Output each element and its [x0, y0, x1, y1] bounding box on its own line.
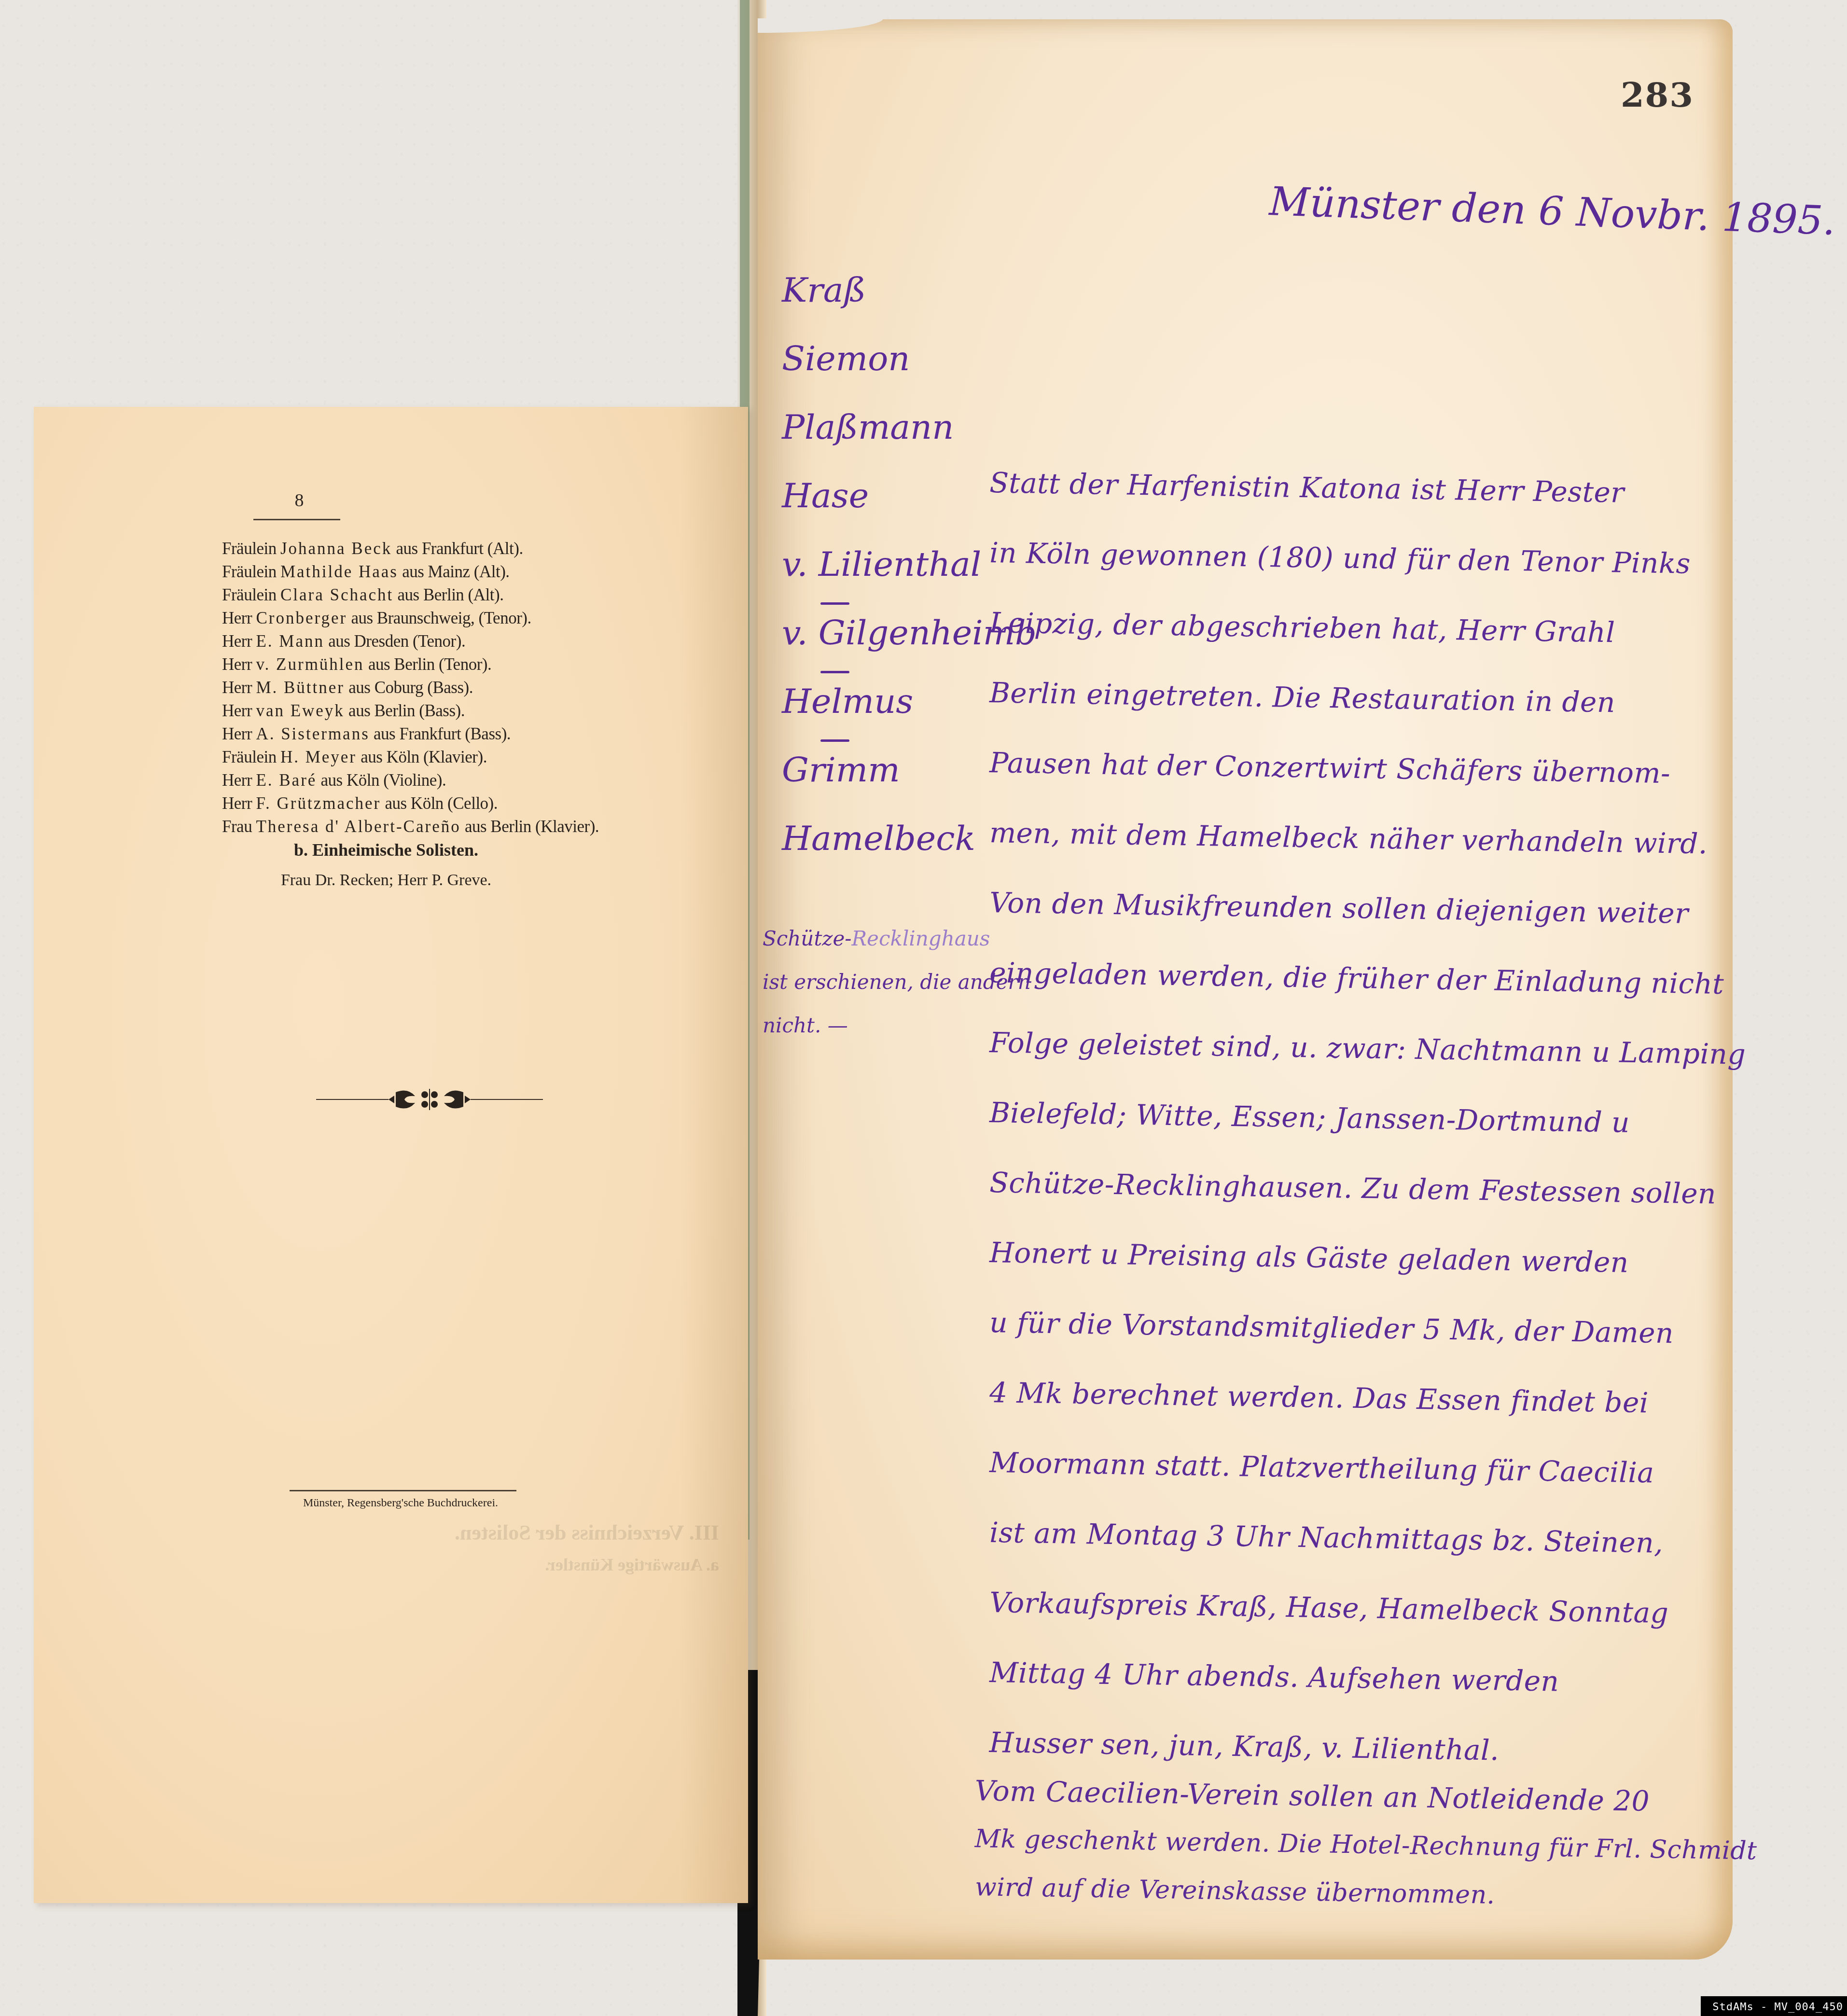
minutes-line: ist am Montag 3 Uhr Nachmittags bz. Stei… — [989, 1503, 1714, 1585]
soloist-entry: Herr E. Baré aus Köln (Violine). — [222, 769, 753, 792]
margin-note-text: Recklinghaus — [851, 927, 990, 950]
attendee: Siemon — [782, 324, 1033, 393]
soloist-entry: Herr A. Sistermans aus Frankfurt (Bass). — [222, 723, 753, 746]
soloist-title: Herr — [222, 632, 252, 651]
soloist-name: Theresa d' Albert-Careño — [256, 817, 460, 836]
minutes-line: Mittag 4 Uhr abends. Aufsehen werden — [989, 1643, 1714, 1725]
sheet-page-number: 8 — [34, 490, 565, 511]
soloist-entry: Fräulein Mathilde Haas aus Mainz (Alt). — [222, 560, 753, 584]
soloist-origin: aus Köln (Cello). — [385, 794, 498, 813]
divider-rule — [290, 1490, 516, 1491]
margin-note-text: Schütze- — [763, 927, 851, 950]
soloist-title: Herr — [222, 794, 252, 813]
soloist-entry: Fräulein Clara Schacht aus Berlin (Alt). — [222, 584, 753, 607]
bleed-through-line: III. Verzeichniss der Solisten. — [449, 1522, 719, 1544]
soloist-name: Clara Schacht — [280, 585, 393, 604]
soloist-title: Herr — [222, 701, 252, 720]
soloist-title: Frau — [222, 817, 252, 836]
soloist-entry: Herr Cronberger aus Braunschweig, (Tenor… — [222, 607, 753, 630]
attendee: Plaßmann — [782, 393, 1033, 461]
minutes-line: men, mit dem Hamelbeck näher verhandeln … — [989, 804, 1714, 885]
soloist-origin: aus Berlin (Bass). — [348, 701, 465, 720]
soloist-name: H. Meyer — [280, 748, 357, 766]
minutes-line: in Köln gewonnen (180) und für den Tenor… — [989, 524, 1714, 605]
soloist-title: Fräulein — [222, 748, 277, 766]
soloist-origin: aus Frankfurt (Alt). — [396, 539, 523, 558]
soloist-origin: aus Dresden (Tenor). — [328, 632, 465, 651]
soloist-origin: aus Mainz (Alt). — [402, 562, 509, 581]
minutes-line: Vorkaufspreis Kraß, Hase, Hamelbeck Sonn… — [989, 1573, 1714, 1655]
soloist-entry: Herr F. Grützmacher aus Köln (Cello). — [222, 792, 753, 815]
page-number: 283 — [1621, 75, 1694, 115]
soloist-title: Herr — [222, 678, 252, 697]
soloist-title: Herr — [222, 724, 252, 743]
minutes-line: Folge geleistet sind, u. zwar: Nachtmann… — [989, 1014, 1714, 1095]
minutes-line: u für die Vorstandsmitglieder 5 Mk, der … — [989, 1293, 1714, 1375]
soloist-origin: aus Braunschweig, (Tenor). — [351, 609, 531, 627]
soloist-entry: Herr E. Mann aus Dresden (Tenor). — [222, 630, 753, 653]
section-heading: b. Einheimische Solisten. — [34, 840, 738, 860]
soloist-origin: aus Frankfurt (Bass). — [374, 724, 511, 743]
minutes-line: Von den Musikfreunden sollen diejenigen … — [989, 874, 1714, 955]
soloist-name: E. Mann — [256, 632, 324, 651]
soloist-name: v. Zurmühlen — [256, 655, 364, 674]
soloist-title: Herr — [222, 655, 252, 674]
minute-book-page: 283 Münster den 6 Novbr. 1895. Kraß Siem… — [758, 19, 1733, 1960]
soloist-title: Fräulein — [222, 585, 277, 604]
local-soloists: Frau Dr. Recken; Herr P. Greve. — [34, 871, 738, 890]
soloist-origin: aus Coburg (Bass). — [348, 678, 473, 697]
minutes-line: Honert u Preising als Gäste geladen werd… — [989, 1224, 1714, 1305]
soloist-name: E. Baré — [256, 771, 317, 790]
minutes-line: eingeladen werden, die früher der Einlad… — [989, 944, 1714, 1025]
date-line: Münster den 6 Novbr. 1895. — [1268, 179, 1836, 244]
soloist-origin: aus Berlin (Alt). — [397, 585, 503, 604]
soloist-origin: aus Berlin (Tenor). — [368, 655, 491, 674]
soloist-name: Mathilde Haas — [280, 562, 398, 581]
minutes-line: wird auf die Vereinskasse übernommen. — [974, 1858, 1714, 1940]
attendee: Kraß — [782, 256, 1033, 324]
printer-imprint: Münster, Regensberg'sche Buchdruckerei. — [34, 1497, 767, 1510]
soloist-entry: Herr v. Zurmühlen aus Berlin (Tenor). — [222, 653, 753, 676]
soloist-entry: Fräulein H. Meyer aus Köln (Klavier). — [222, 746, 753, 769]
minutes-line: Schütze-Recklinghausen. Zu dem Festessen… — [989, 1154, 1714, 1235]
soloist-origin: aus Berlin (Klavier). — [465, 817, 599, 836]
minutes-line: Berlin eingetreten. Die Restauration in … — [989, 664, 1714, 745]
minutes-line: Moormann statt. Platzvertheilung für Cae… — [989, 1433, 1714, 1515]
soloist-title: Fräulein — [222, 562, 277, 581]
soloist-title: Fräulein — [222, 539, 277, 558]
soloist-list: Fräulein Johanna Beck aus Frankfurt (Alt… — [222, 537, 753, 838]
soloist-name: van Eweyk — [256, 701, 344, 720]
soloist-entry: Fräulein Johanna Beck aus Frankfurt (Alt… — [222, 537, 753, 560]
soloist-origin: aus Köln (Klavier). — [361, 748, 487, 766]
soloist-entry: Herr M. Büttner aus Coburg (Bass). — [222, 676, 753, 699]
minutes-line: Bielefeld; Witte, Essen; Janssen-Dortmun… — [989, 1084, 1714, 1165]
soloist-entry: Frau Theresa d' Albert-Careño aus Berlin… — [222, 815, 753, 838]
soloist-entry: Herr van Eweyk aus Berlin (Bass). — [222, 699, 753, 723]
soloist-name: F. Grützmacher — [256, 794, 381, 813]
soloist-origin: aus Köln (Violine). — [321, 771, 446, 790]
minutes-line: Pausen hat der Conzertwirt Schäfers über… — [989, 734, 1714, 815]
soloist-title: Herr — [222, 609, 252, 627]
printed-program-sheet: III. Verzeichniss der Solisten. a. Auswä… — [34, 407, 748, 1903]
archive-label: StdAMs - MV_004_450 — [1701, 1996, 1847, 2016]
soloist-name: M. Büttner — [256, 678, 345, 697]
soloist-title: Herr — [222, 771, 252, 790]
divider-rule — [253, 519, 340, 520]
ornament-divider-icon — [316, 1087, 543, 1112]
soloist-name: Johanna Beck — [280, 539, 392, 558]
soloist-name: Cronberger — [256, 609, 347, 627]
minutes-line: Statt der Harfenistin Katona ist Herr Pe… — [989, 454, 1714, 535]
minutes-line: 4 Mk berechnet werden. Das Essen findet … — [989, 1363, 1714, 1445]
bleed-through-line: a. Auswärtige Künstler. — [449, 1554, 719, 1576]
minutes-body: Statt der Harfenistin Katona ist Herr Pe… — [989, 454, 1713, 1928]
minutes-line: Leipzig, der abgeschrieben hat, Herr Gra… — [989, 594, 1714, 675]
soloist-name: A. Sistermans — [256, 724, 369, 743]
